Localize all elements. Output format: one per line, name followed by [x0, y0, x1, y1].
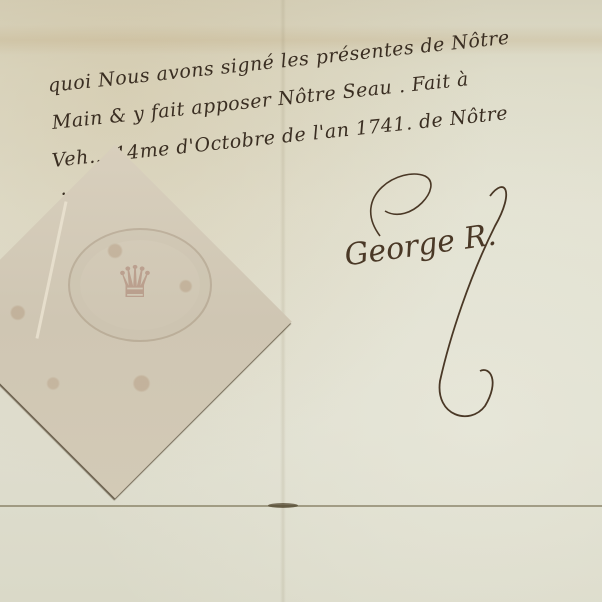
- crown-crest-icon: ♛: [110, 258, 160, 308]
- document-page: quoi Nous avons signé les présentes de N…: [0, 0, 602, 602]
- horizontal-fold: [0, 505, 602, 507]
- fold-mark: [268, 503, 298, 508]
- signature-flourish-icon: [340, 166, 540, 428]
